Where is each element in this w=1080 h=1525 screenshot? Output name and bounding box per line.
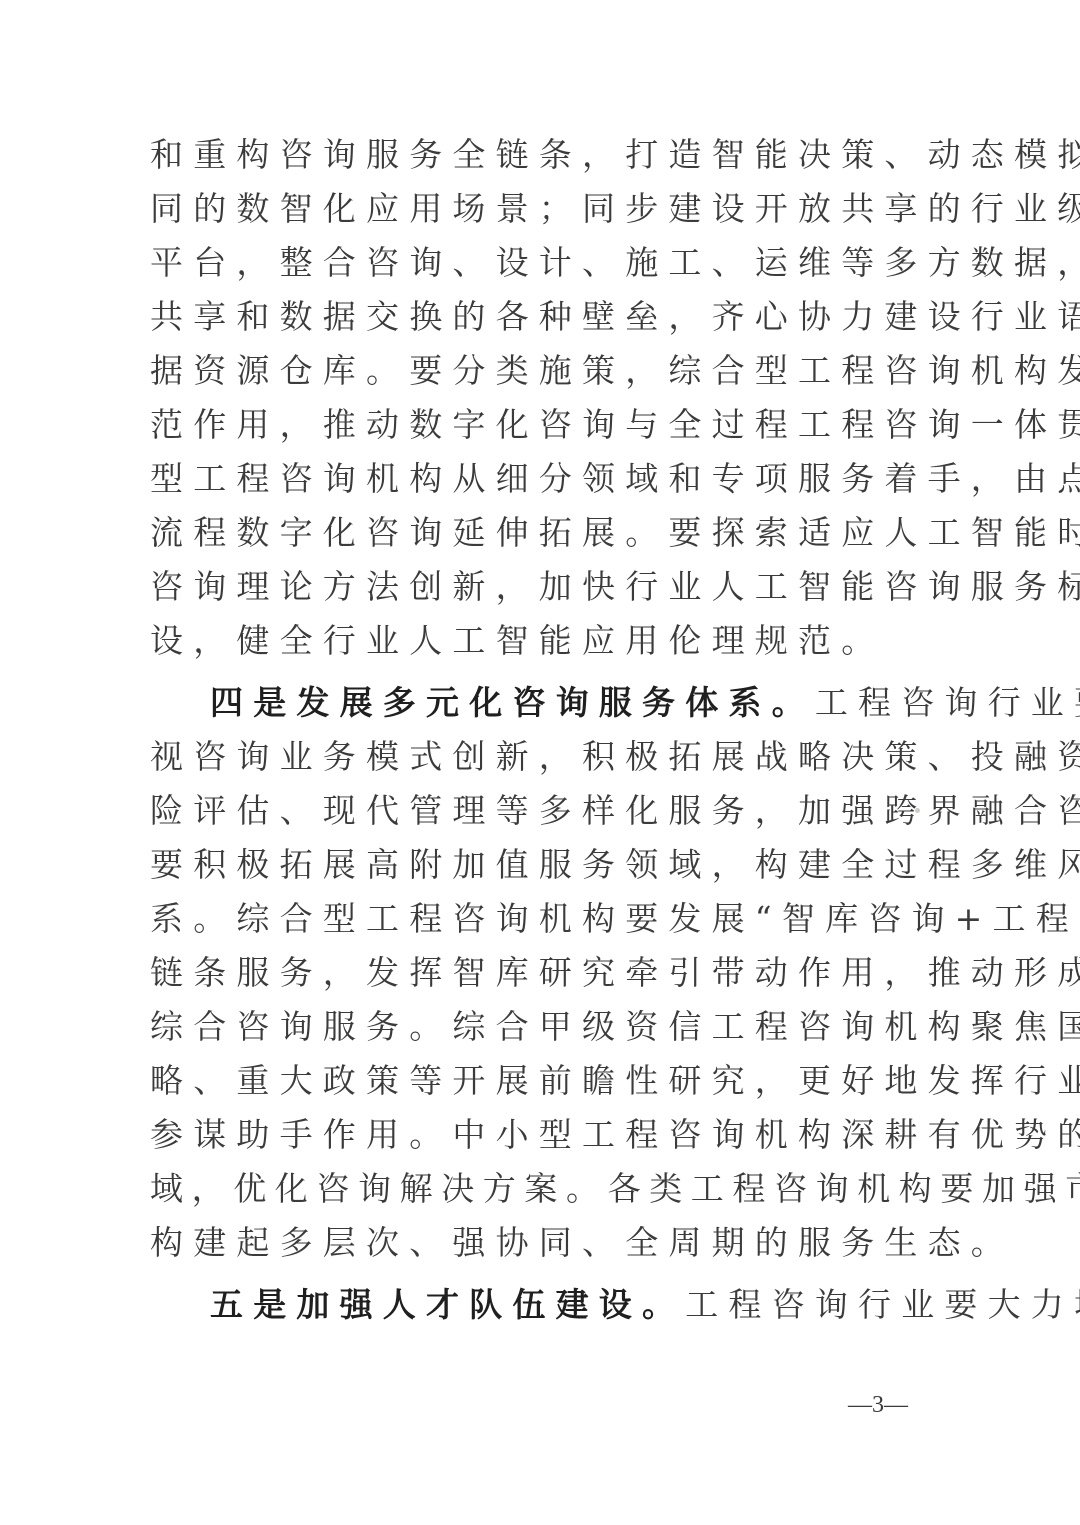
text-line: 据资源仓库。要分类施策，综合型工程咨询机构发挥引领示 xyxy=(150,344,902,398)
text-line: 参谋助手作用。中小型工程咨询机构深耕有优势的垂直领 xyxy=(150,1108,902,1162)
text-line: 设，健全行业人工智能应用伦理规范。 xyxy=(150,614,902,668)
text-line: 型工程咨询机构从细分领域和专项服务着手，由点及面向全 xyxy=(150,452,902,506)
text-line: 链条服务，发挥智库研究牵引带动作用，推动形成一体化的 xyxy=(150,946,902,1000)
text-line: 同的数智化应用场景；同步建设开放共享的行业级数字生态 xyxy=(150,182,902,236)
document-body: 和重构咨询服务全链条，打造智能决策、动态模拟、远程协 同的数智化应用场景；同步建… xyxy=(150,128,902,1332)
paragraph-gap xyxy=(150,668,902,676)
section-five-heading: 五是加强人才队伍建设。 xyxy=(210,1285,685,1324)
section-five-first-line: 工程咨询行业要大力培养视野 xyxy=(685,1285,1080,1324)
text-line: 要积极拓展高附加值服务领域，构建全过程多维风险评估体 xyxy=(150,838,902,892)
text-line: 平台，整合咨询、设计、施工、运维等多方数据，打破信息 xyxy=(150,236,902,290)
text-line: 咨询理论方法创新，加快行业人工智能咨询服务标准体系建 xyxy=(150,560,902,614)
text-line: 险评估、现代管理等多样化服务，加强跨界融合咨询创新。 xyxy=(150,784,902,838)
text-line: 流程数字化咨询延伸拓展。要探索适应人工智能时代的工程 xyxy=(150,506,902,560)
text-line: 综合咨询服务。综合甲级资信工程咨询机构聚焦国家重大战 xyxy=(150,1000,902,1054)
text-line: 域，优化咨询解决方案。各类工程咨询机构要加强市场协同， xyxy=(150,1162,902,1216)
text-line: 视咨询业务模式创新，积极拓展战略决策、投融资策划、风 xyxy=(150,730,902,784)
paragraph-gap xyxy=(150,1270,902,1278)
text-line: 共享和数据交换的各种壁垒，齐心协力建设行业语料库和数 xyxy=(150,290,902,344)
section-four-heading: 四是发展多元化咨询服务体系。 xyxy=(210,683,815,722)
text-line: 系。综合型工程咨询机构要发展“智库咨询+工程咨询”全 xyxy=(150,892,902,946)
text-line: 略、重大政策等开展前瞻性研究，更好地发挥行业党和政府 xyxy=(150,1054,902,1108)
text-line: 四是发展多元化咨询服务体系。工程咨询行业要更加重 xyxy=(150,676,902,730)
paragraph-continued: 和重构咨询服务全链条，打造智能决策、动态模拟、远程协 同的数智化应用场景；同步建… xyxy=(150,128,902,668)
section-five-paragraph: 五是加强人才队伍建设。工程咨询行业要大力培养视野 xyxy=(150,1278,902,1332)
text-line: 构建起多层次、强协同、全周期的服务生态。 xyxy=(150,1216,902,1270)
section-four-paragraph: 四是发展多元化咨询服务体系。工程咨询行业要更加重 视咨询业务模式创新，积极拓展战… xyxy=(150,676,902,1270)
page-number: —3— xyxy=(848,1392,908,1419)
text-line: 范作用，推动数字化咨询与全过程工程咨询一体贯通，中小 xyxy=(150,398,902,452)
text-line: 和重构咨询服务全链条，打造智能决策、动态模拟、远程协 xyxy=(150,128,902,182)
text-line: 五是加强人才队伍建设。工程咨询行业要大力培养视野 xyxy=(150,1278,902,1332)
document-page: 和重构咨询服务全链条，打造智能决策、动态模拟、远程协 同的数智化应用场景；同步建… xyxy=(0,0,1080,1525)
section-four-first-line: 工程咨询行业要更加重 xyxy=(815,683,1080,722)
